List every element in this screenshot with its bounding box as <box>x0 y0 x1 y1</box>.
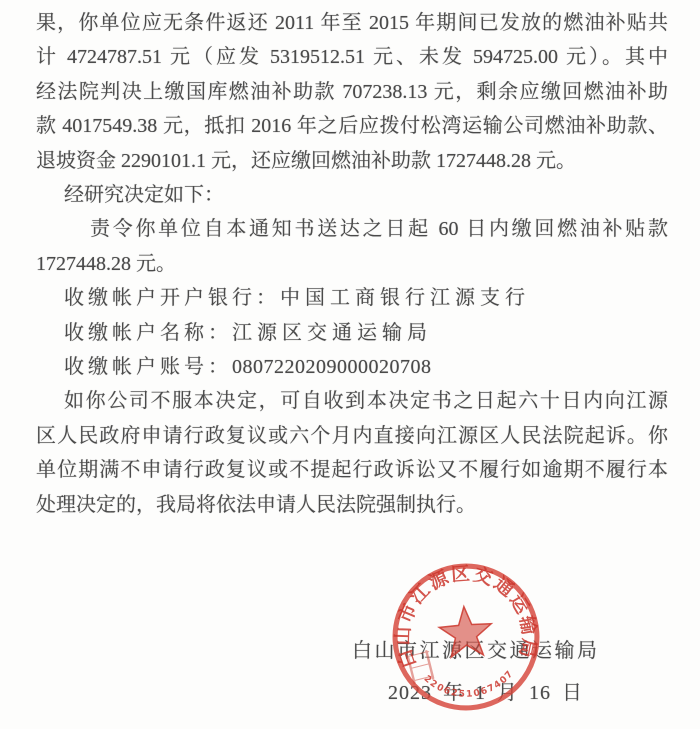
account-bank-value: 中国工商银行江源支行 <box>280 287 530 309</box>
account-number-label: 收缴帐户账号： <box>64 356 232 378</box>
decision-heading-line: 经研究决定如下： <box>36 178 668 212</box>
body-line-5: 退坡资金 2290101.1 元，还应缴回燃油补助款 1727448.28 元。 <box>36 144 668 178</box>
scanned-document-page: 果，你单位应无条件返还 2011 年至 2015 年期间已发放的燃油补贴共 计 … <box>0 0 700 729</box>
appeal-line-4: 处理决定的，我局将依法申请人民法院强制执行。 <box>36 488 668 522</box>
appeal-line-1: 如你公司不服本决定，可自收到本决定书之日起六十日内向江源 <box>36 384 668 418</box>
account-name-label: 收缴帐户名称： <box>64 322 232 344</box>
account-number-value: 0807220209000020708 <box>232 356 432 378</box>
body-line-3: 经法院判决上缴国库燃油补助款 707238.13 元，剩余应缴回燃油补助 <box>36 75 668 109</box>
account-bank-line: 收缴帐户开户银行：中国工商银行江源支行 <box>36 281 668 315</box>
body-line-1: 果，你单位应无条件返还 2011 年至 2015 年期间已发放的燃油补贴共 <box>36 6 668 40</box>
body-line-2: 计 4724787.51 元（应发 5319512.51 元、未发 594725… <box>36 40 668 74</box>
appeal-line-2: 区人民政府申请行政复议或六个月内直接向江源区人民法院起诉。你 <box>36 419 668 453</box>
account-bank-label: 收缴帐户开户银行： <box>64 287 280 309</box>
account-number-line: 收缴帐户账号：0807220209000020708 <box>36 350 668 384</box>
official-red-seal: 白山市江源区交通运输局 2206251067407 <box>385 556 547 718</box>
decision-line-1: 责令你单位自本通知书送达之日起 60 日内缴回燃油补贴款 <box>36 212 668 246</box>
account-name-value: 江源区交通运输局 <box>232 322 432 344</box>
document-body: 果，你单位应无条件返还 2011 年至 2015 年期间已发放的燃油补贴共 计 … <box>36 6 668 522</box>
body-line-4: 款 4017549.38 元，抵扣 2016 年之后应拨付松湾运输公司燃油补助款… <box>36 109 668 143</box>
seal-star-icon <box>438 605 493 658</box>
appeal-line-3: 单位期满不申请行政复议或不提起行政诉讼又不履行如逾期不履行本 <box>36 453 668 487</box>
account-name-line: 收缴帐户名称：江源区交通运输局 <box>36 316 668 350</box>
decision-line-2: 1727448.28 元。 <box>36 247 668 281</box>
